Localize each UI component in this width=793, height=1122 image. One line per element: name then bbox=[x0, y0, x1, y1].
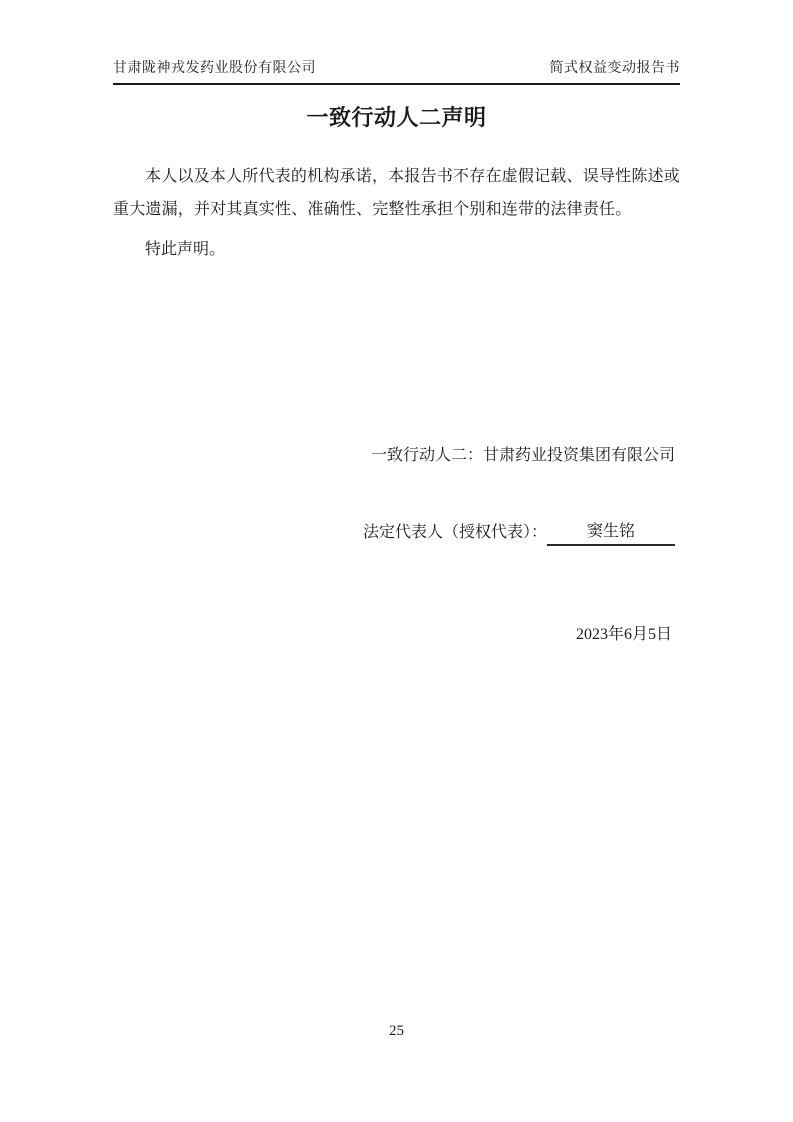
signature-party-line: 一致行动人二：甘肃药业投资集团有限公司 bbox=[371, 444, 675, 468]
document-page: 甘肃陇神戎发药业股份有限公司 简式权益变动报告书 一致行动人二声明 本人以及本人… bbox=[0, 0, 793, 1122]
signature-representative-name: 窦生铭 bbox=[547, 520, 675, 546]
page-header: 甘肃陇神戎发药业股份有限公司 简式权益变动报告书 bbox=[113, 58, 680, 85]
section-title: 一致行动人二声明 bbox=[0, 101, 793, 135]
signature-representative-line: 法定代表人（授权代表）：窦生铭 bbox=[363, 520, 675, 546]
signature-party-name: 甘肃药业投资集团有限公司 bbox=[483, 447, 675, 464]
header-company-name: 甘肃陇神戎发药业股份有限公司 bbox=[113, 58, 316, 80]
signature-date: 2023年6月5日 bbox=[576, 623, 672, 647]
signature-representative-label: 法定代表人（授权代表）： bbox=[363, 524, 547, 541]
header-report-title: 简式权益变动报告书 bbox=[550, 58, 681, 80]
page-number: 25 bbox=[0, 1019, 793, 1043]
declaration-paragraph: 本人以及本人所代表的机构承诺，本报告书不存在虚假记载、误导性陈述或重大遗漏，并对… bbox=[113, 160, 680, 226]
signature-party-label: 一致行动人二： bbox=[371, 447, 483, 464]
closing-statement: 特此声明。 bbox=[113, 233, 680, 266]
